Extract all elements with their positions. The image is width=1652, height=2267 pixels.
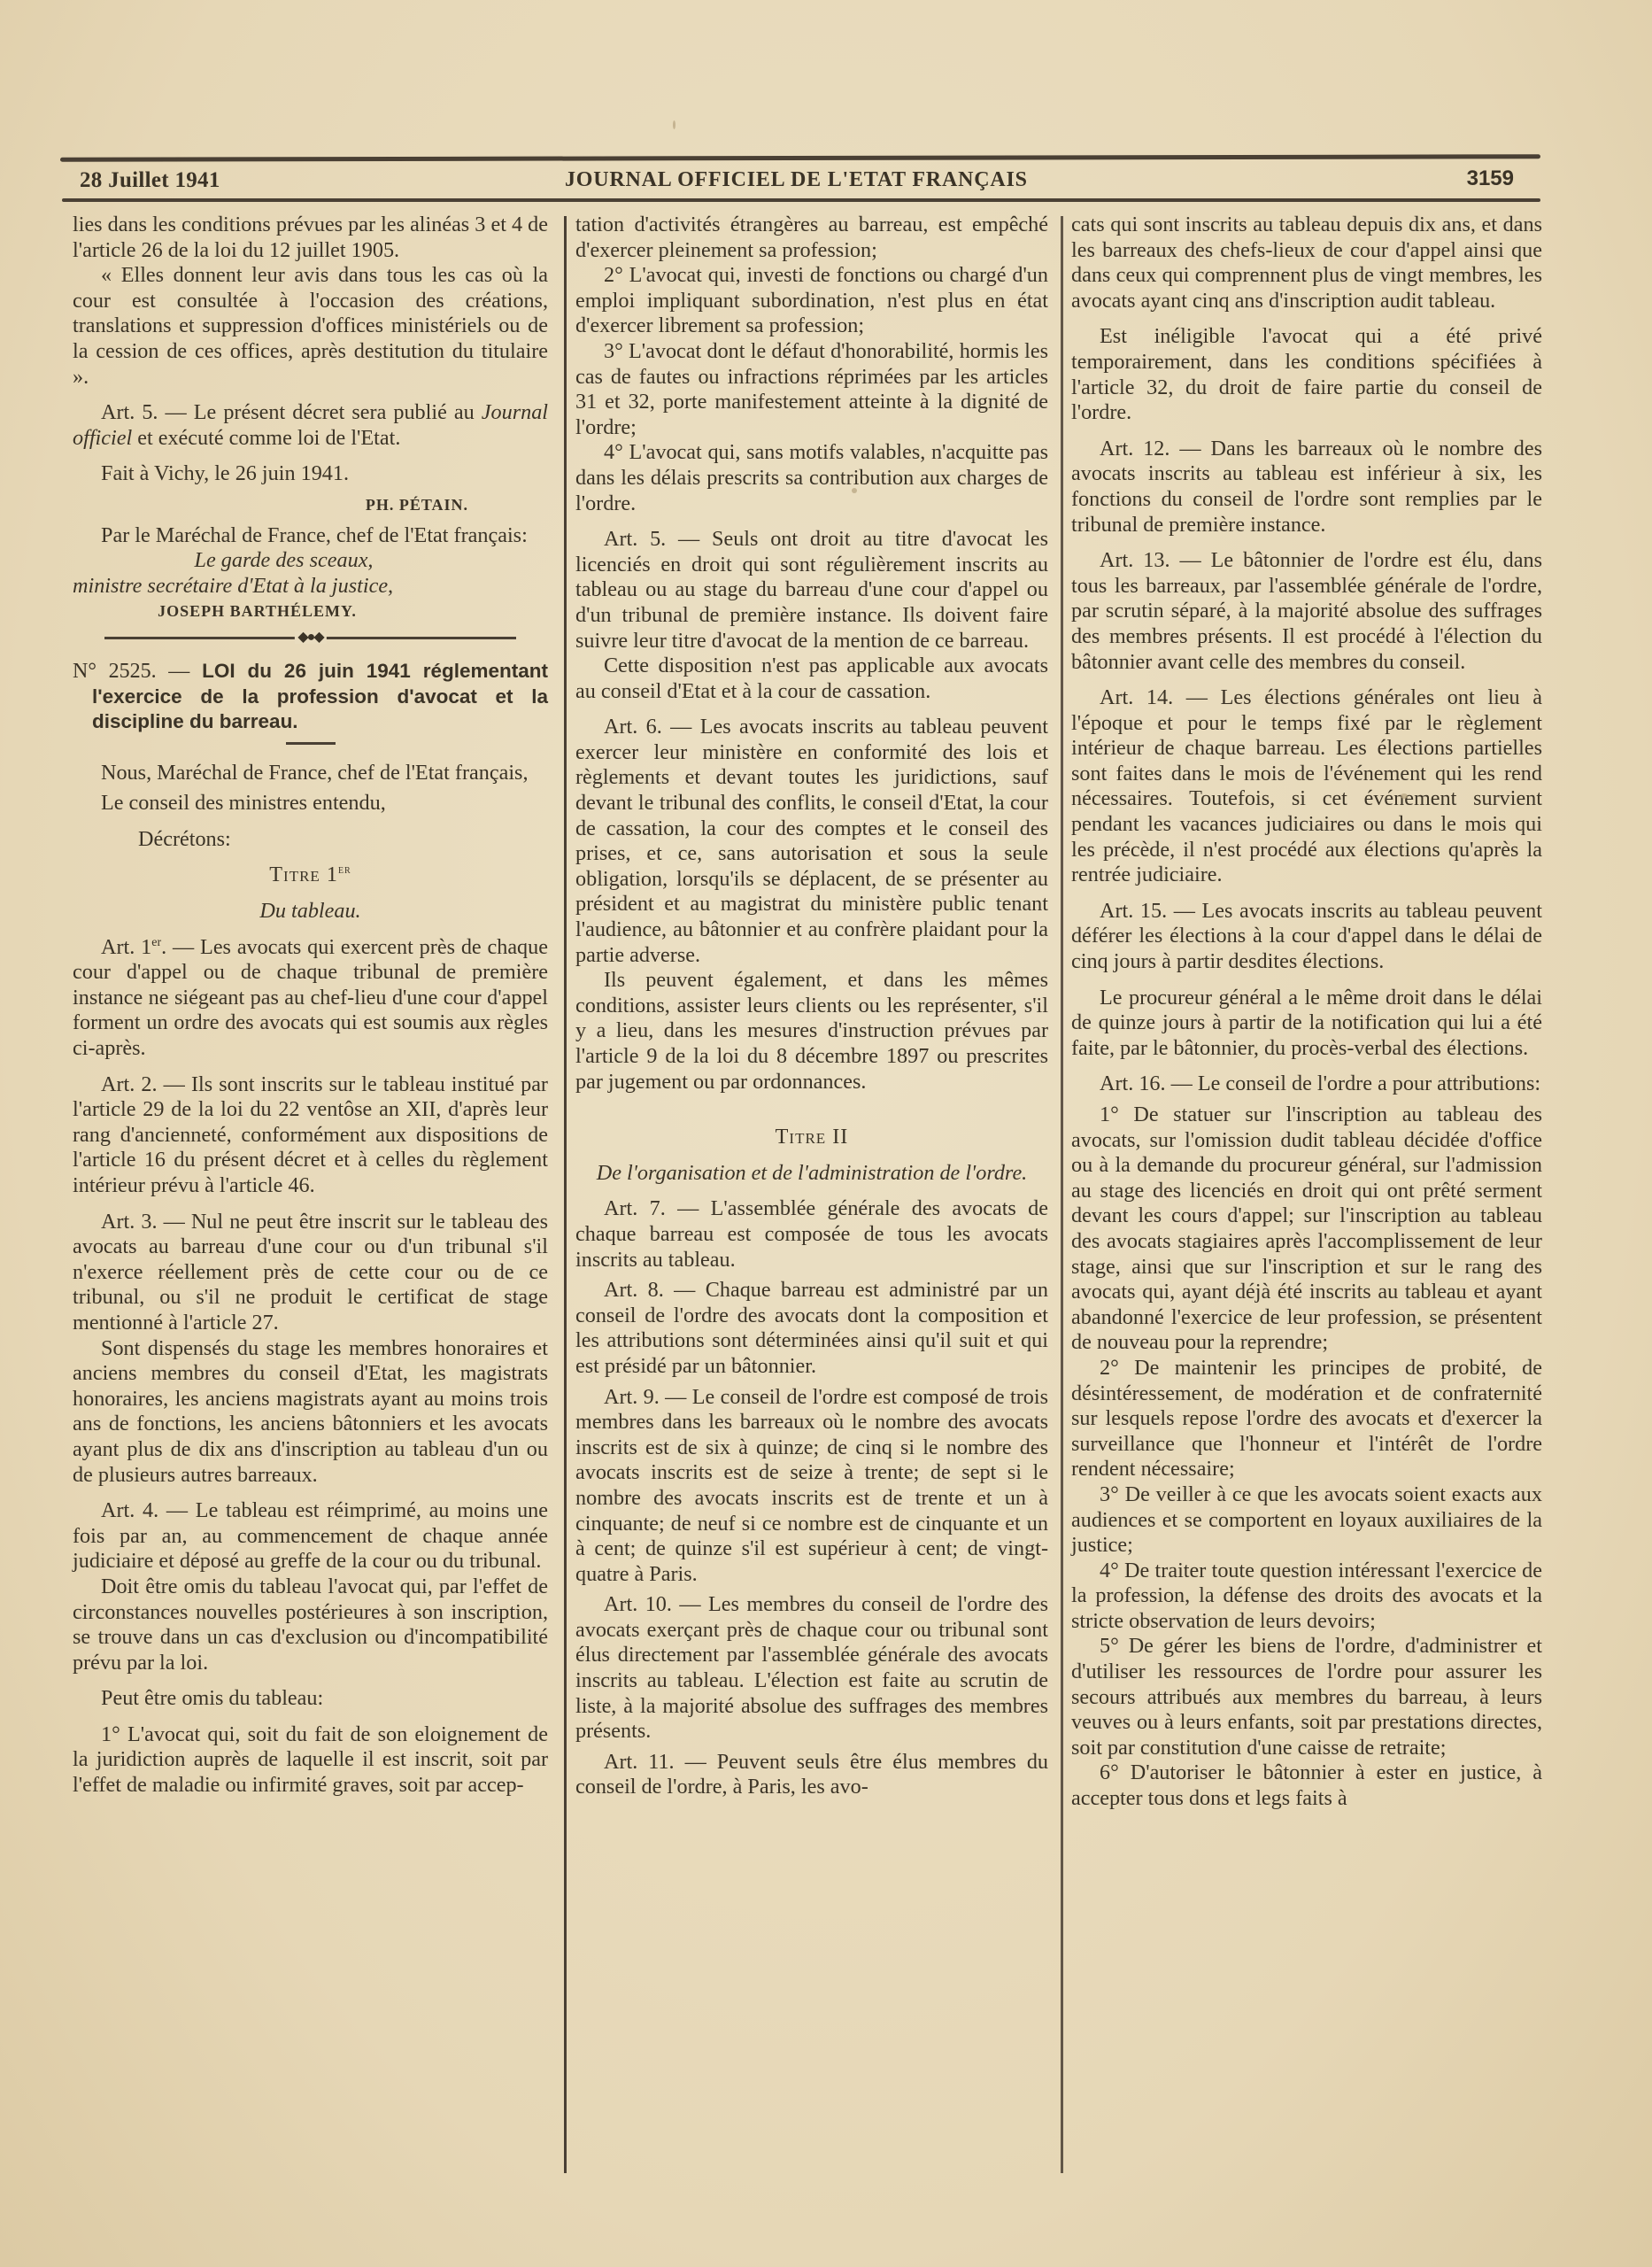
article-label: Art. 4. — — [101, 1498, 188, 1522]
item-4: 4° L'avocat qui, sans motifs valables, n… — [575, 440, 1048, 516]
article-8: Art. 8. — Chaque barreau est administré … — [575, 1278, 1048, 1379]
item-3: 3° L'avocat dont le défaut d'honorabilit… — [575, 339, 1048, 440]
article-15-para-2: Le procureur général a le même droit dan… — [1071, 986, 1542, 1062]
decree-article-5: Art. 5. — Le présent décret sera publié … — [73, 400, 548, 451]
article-5-para-2: Cette disposition n'est pas applicable a… — [575, 654, 1048, 704]
ornament-icon: ◆●◆ — [294, 631, 326, 644]
article-label: Art. 12. — — [1100, 437, 1201, 460]
preamble-2: Le conseil des ministres entendu, — [73, 791, 548, 816]
article-label: Art. 16. — — [1100, 1072, 1193, 1095]
ineligibility-paragraph: Est inéligible l'avocat qui a été privé … — [1071, 324, 1542, 425]
article-label: Art. 11. — — [604, 1750, 706, 1774]
quote-paragraph: « Elles donnent leur avis dans tous les … — [73, 263, 548, 390]
article-9: Art. 9. — Le conseil de l'ordre est comp… — [575, 1385, 1048, 1588]
by-marshal: Par le Maréchal de France, chef de l'Eta… — [73, 523, 548, 549]
column-2: tation d'activités étrangères au barreau… — [575, 213, 1048, 1800]
newspaper-page: 28 Juillet 1941 JOURNAL OFFICIEL DE L'ET… — [0, 0, 1652, 2267]
article-16-item-6: 6° D'autoriser le bâtonnier à ester en j… — [1071, 1760, 1542, 1811]
preamble-1: Nous, Maréchal de France, chef de l'Etat… — [73, 761, 548, 786]
minister-line-2: ministre secrétaire d'Etat à la justice, — [73, 574, 548, 600]
article-label: Art. 7. — — [604, 1196, 699, 1220]
page-number: 3159 — [1467, 166, 1514, 191]
article-label: Art. 8. — — [604, 1278, 695, 1302]
article-4-item-1: 1° L'avocat qui, soit du fait de son elo… — [73, 1722, 548, 1799]
column-1: lies dans les conditions prévues par les… — [73, 213, 548, 1799]
article-1: Art. 1er. — Les avocats qui exercent prè… — [73, 935, 548, 1062]
article-3: Art. 3. — Nul ne peut être inscrit sur l… — [73, 1210, 548, 1336]
article-6: Art. 6. — Les avocats inscrits au tablea… — [575, 715, 1048, 968]
article-4: Art. 4. — Le tableau est réimprimé, au m… — [73, 1498, 548, 1575]
paper-speck — [852, 488, 857, 493]
article-12: Art. 12. — Dans les barreaux où le nombr… — [1071, 437, 1542, 538]
paper-speck — [673, 120, 675, 129]
titre-1-heading: Titre 1er — [73, 863, 548, 888]
article-11: Art. 11. — Peuvent seuls être élus membr… — [575, 1750, 1048, 1800]
article-label: Art. 13. — — [1100, 548, 1201, 572]
page-header: 28 Juillet 1941 JOURNAL OFFICIEL DE L'ET… — [71, 165, 1532, 197]
issue-date: 28 Juillet 1941 — [80, 168, 220, 193]
article-label: Art. 2. — — [101, 1072, 185, 1096]
continued-paragraph: lies dans les conditions prévues par les… — [73, 213, 548, 263]
continued-item: tation d'activités étrangères au barreau… — [575, 213, 1048, 263]
article-16-item-3: 3° De veiller à ce que les avocats soien… — [1071, 1482, 1542, 1559]
law-number: N° 2525. — — [73, 660, 189, 683]
article-label: Art. 5. — — [604, 527, 699, 551]
minister-name: JOSEPH BARTHÉLEMY. — [73, 599, 548, 624]
article-5: Art. 5. — Seuls ont droit au titre d'avo… — [575, 527, 1048, 654]
article-14: Art. 14. — Les élections générales ont l… — [1071, 685, 1542, 888]
article-16-item-2: 2° De maintenir les principes de probité… — [1071, 1356, 1542, 1482]
article-13: Art. 13. — Le bâtonnier de l'ordre est é… — [1071, 548, 1542, 675]
article-10: Art. 10. — Les membres du conseil de l'o… — [575, 1592, 1048, 1745]
article-label: Art. 10. — — [604, 1592, 701, 1616]
article-label: Art. 3. — — [101, 1210, 185, 1234]
article-6-para-2: Ils peuvent également, et dans les mêmes… — [575, 968, 1048, 1095]
article-7: Art. 7. — L'assemblée générale des avoca… — [575, 1196, 1048, 1273]
titre-2-subtitle: De l'organisation et de l'administration… — [575, 1161, 1048, 1187]
minister-line-1: Le garde des sceaux, — [73, 548, 548, 574]
article-label: Art. 14. — — [1100, 685, 1208, 709]
journal-title: JOURNAL OFFICIEL DE L'ETAT FRANÇAIS — [565, 168, 1028, 192]
done-at: Fait à Vichy, le 26 juin 1941. — [73, 461, 548, 487]
section-ornament: ◆●◆ — [73, 637, 548, 639]
article-label: Art. 1er. — — [101, 935, 194, 959]
article-15: Art. 15. — Les avocats inscrits au table… — [1071, 899, 1542, 975]
law-title: N° 2525. — LOI du 26 juin 1941 réglement… — [73, 659, 548, 735]
column-divider-1 — [564, 216, 567, 2173]
header-bottom-rule — [62, 198, 1540, 202]
title-rule — [286, 742, 336, 745]
titre-2-heading: Titre II — [575, 1125, 1048, 1150]
article-16-item-1: 1° De statuer sur l'inscription au table… — [1071, 1103, 1542, 1356]
continued-paragraph: cats qui sont inscrits au tableau depuis… — [1071, 213, 1542, 313]
header-top-rule — [60, 154, 1540, 162]
article-label: Art. 6. — — [604, 715, 691, 739]
article-label: Art. 5. — — [101, 400, 187, 424]
article-16-item-5: 5° De gérer les biens de l'ordre, d'admi… — [1071, 1634, 1542, 1760]
article-2: Art. 2. — Ils sont inscrits sur le table… — [73, 1072, 548, 1199]
article-16: Art. 16. — Le conseil de l'ordre a pour … — [1071, 1072, 1542, 1097]
article-16-item-4: 4° De traiter toute question intéressant… — [1071, 1559, 1542, 1635]
article-4-para-2: Doit être omis du tableau l'avocat qui, … — [73, 1575, 548, 1675]
paper-speck — [1401, 793, 1408, 799]
column-3: cats qui sont inscrits au tableau depuis… — [1071, 213, 1542, 1812]
decretons: Décrétons: — [73, 827, 548, 853]
article-3-para-2: Sont dispensés du stage les membres hono… — [73, 1336, 548, 1489]
article-label: Art. 9. — — [604, 1385, 686, 1409]
signatory: PH. PÉTAIN. — [73, 492, 548, 518]
article-4-para-3: Peut être omis du tableau: — [73, 1686, 548, 1712]
item-2: 2° L'avocat qui, investi de fonctions ou… — [575, 263, 1048, 339]
article-label: Art. 15. — — [1100, 899, 1195, 923]
column-divider-2 — [1061, 216, 1063, 2173]
titre-1-subtitle: Du tableau. — [73, 899, 548, 925]
